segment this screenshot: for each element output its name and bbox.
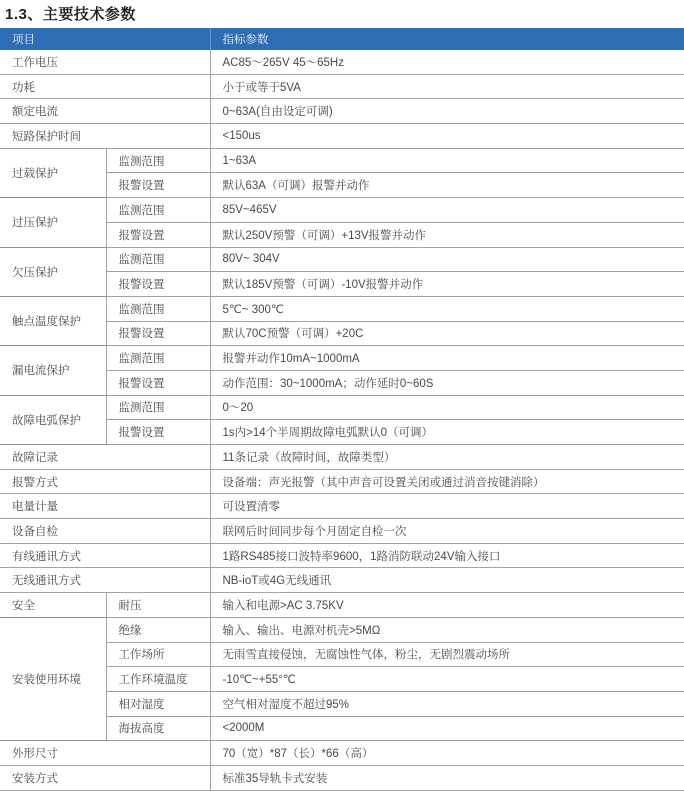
row-value: 11条记录（故障时间，故障类型） — [210, 445, 684, 470]
row-sub-label: 监测范围 — [106, 346, 210, 371]
row-label: 有线通讯方式 — [0, 543, 210, 568]
row-value: 报警并动作10mA~1000mA — [210, 346, 684, 371]
table-row: 报警方式设备端：声光报警（其中声音可设置关闭或通过消音按键消除） — [0, 469, 684, 494]
row-label: 故障记录 — [0, 445, 210, 470]
row-value: 空气相对湿度不超过95% — [210, 691, 684, 716]
parameters-table: 项目 指标参数 工作电压AC85～265V 45～65Hz功耗小于或等于5VA额… — [0, 28, 684, 791]
row-group-label: 安装使用环境 — [0, 617, 106, 740]
row-value: 1路RS485接口波特率9600，1路消防联动24V输入接口 — [210, 543, 684, 568]
row-value: 默认250V预警（可调）+13V报警并动作 — [210, 222, 684, 247]
row-label: 短路保护时间 — [0, 124, 210, 149]
row-value: 无雨雪直接侵蚀，无腐蚀性气体，粉尘，无剧烈震动场所 — [210, 642, 684, 667]
row-value: <2000M — [210, 716, 684, 741]
table-row: 故障记录11条记录（故障时间，故障类型） — [0, 445, 684, 470]
row-value: 80V~ 304V — [210, 247, 684, 272]
table-row: 欠压保护监测范围80V~ 304V — [0, 247, 684, 272]
row-label: 工作电压 — [0, 50, 210, 74]
table-row: 外形尺寸70（宽）*87（长）*66（高） — [0, 741, 684, 766]
row-sub-label: 海拔高度 — [106, 716, 210, 741]
row-value: 70（宽）*87（长）*66（高） — [210, 741, 684, 766]
row-label: 无线通讯方式 — [0, 568, 210, 593]
row-value: 1~63A — [210, 148, 684, 173]
row-group-label: 欠压保护 — [0, 247, 106, 296]
row-sub-label: 监测范围 — [106, 148, 210, 173]
row-label: 安装方式 — [0, 765, 210, 790]
section-title: 1.3、主要技术参数 — [5, 3, 684, 24]
row-sub-label: 报警设置 — [106, 272, 210, 297]
row-value: 默认185V预警（可调）-10V报警并动作 — [210, 272, 684, 297]
row-label: 外形尺寸 — [0, 741, 210, 766]
table-row: 短路保护时间<150us — [0, 124, 684, 149]
table-row: 额定电流0~63A(自由设定可调) — [0, 99, 684, 124]
table-header-row: 项目 指标参数 — [0, 28, 684, 50]
row-group-label: 漏电流保护 — [0, 346, 106, 395]
row-value: 小于或等于5VA — [210, 74, 684, 99]
row-value: 1s内>14个半周期故障电弧默认0（可调） — [210, 420, 684, 445]
row-value: 设备端：声光报警（其中声音可设置关闭或通过消音按键消除） — [210, 469, 684, 494]
header-value: 指标参数 — [210, 28, 684, 50]
table-row: 故障电弧保护监测范围0～20 — [0, 395, 684, 420]
table-row: 安全耐压输入和电源>AC 3.75KV — [0, 593, 684, 618]
row-group-label: 故障电弧保护 — [0, 395, 106, 444]
row-sub-label: 监测范围 — [106, 247, 210, 272]
table-row: 无线通讯方式NB-ioT或4G无线通讯 — [0, 568, 684, 593]
row-value: 可设置清零 — [210, 494, 684, 519]
row-label: 电量计量 — [0, 494, 210, 519]
row-value: 输入、输出、电源对机壳>5MΩ — [210, 617, 684, 642]
table-row: 电量计量可设置清零 — [0, 494, 684, 519]
table-row: 安装使用环境绝缘输入、输出、电源对机壳>5MΩ — [0, 617, 684, 642]
row-value: 85V~465V — [210, 198, 684, 223]
row-value: -10℃~+55°℃ — [210, 667, 684, 692]
row-sub-label: 监测范围 — [106, 395, 210, 420]
table-row: 触点温度保护监测范围5℃~ 300℃ — [0, 296, 684, 321]
table-row: 功耗小于或等于5VA — [0, 74, 684, 99]
row-value: 默认63A（可调）报警并动作 — [210, 173, 684, 198]
row-sub-label: 监测范围 — [106, 296, 210, 321]
row-value: 联网后时间同步每个月固定自检一次 — [210, 519, 684, 544]
row-label: 设备自检 — [0, 519, 210, 544]
row-sub-label: 报警设置 — [106, 370, 210, 395]
header-item: 项目 — [0, 28, 210, 50]
row-sub-label: 报警设置 — [106, 173, 210, 198]
row-value: 标准35导轨卡式安装 — [210, 765, 684, 790]
row-value: AC85～265V 45～65Hz — [210, 50, 684, 74]
row-label: 额定电流 — [0, 99, 210, 124]
row-label: 功耗 — [0, 74, 210, 99]
row-value: 动作范围：30~1000mA；动作延时0~60S — [210, 370, 684, 395]
row-sub-label: 报警设置 — [106, 420, 210, 445]
row-sub-label: 监测范围 — [106, 198, 210, 223]
table-row: 过载保护监测范围1~63A — [0, 148, 684, 173]
row-value: 5℃~ 300℃ — [210, 296, 684, 321]
row-sub-label: 报警设置 — [106, 222, 210, 247]
row-value: NB-ioT或4G无线通讯 — [210, 568, 684, 593]
table-row: 有线通讯方式1路RS485接口波特率9600，1路消防联动24V输入接口 — [0, 543, 684, 568]
row-value: 0～20 — [210, 395, 684, 420]
table-row: 过压保护监测范围85V~465V — [0, 198, 684, 223]
table-row: 漏电流保护监测范围报警并动作10mA~1000mA — [0, 346, 684, 371]
table-row: 设备自检联网后时间同步每个月固定自检一次 — [0, 519, 684, 544]
row-value: 0~63A(自由设定可调) — [210, 99, 684, 124]
row-sub-label: 工作场所 — [106, 642, 210, 667]
row-value: 输入和电源>AC 3.75KV — [210, 593, 684, 618]
row-sub-label: 绝缘 — [106, 617, 210, 642]
table-row: 工作电压AC85～265V 45～65Hz — [0, 50, 684, 74]
document-page: 1.3、主要技术参数 项目 指标参数 工作电压AC85～265V 45～65Hz… — [0, 3, 684, 791]
row-value: 默认70C预警（可调）+20C — [210, 321, 684, 346]
row-group-label: 过载保护 — [0, 148, 106, 197]
table-row: 安装方式标准35导轨卡式安装 — [0, 765, 684, 790]
row-sub-label: 工作环境温度 — [106, 667, 210, 692]
row-sub-label: 报警设置 — [106, 321, 210, 346]
row-group-label: 过压保护 — [0, 198, 106, 247]
row-group-label: 安全 — [0, 593, 106, 618]
row-sub-label: 耐压 — [106, 593, 210, 618]
row-sub-label: 相对湿度 — [106, 691, 210, 716]
row-group-label: 触点温度保护 — [0, 296, 106, 345]
row-label: 报警方式 — [0, 469, 210, 494]
row-value: <150us — [210, 124, 684, 149]
